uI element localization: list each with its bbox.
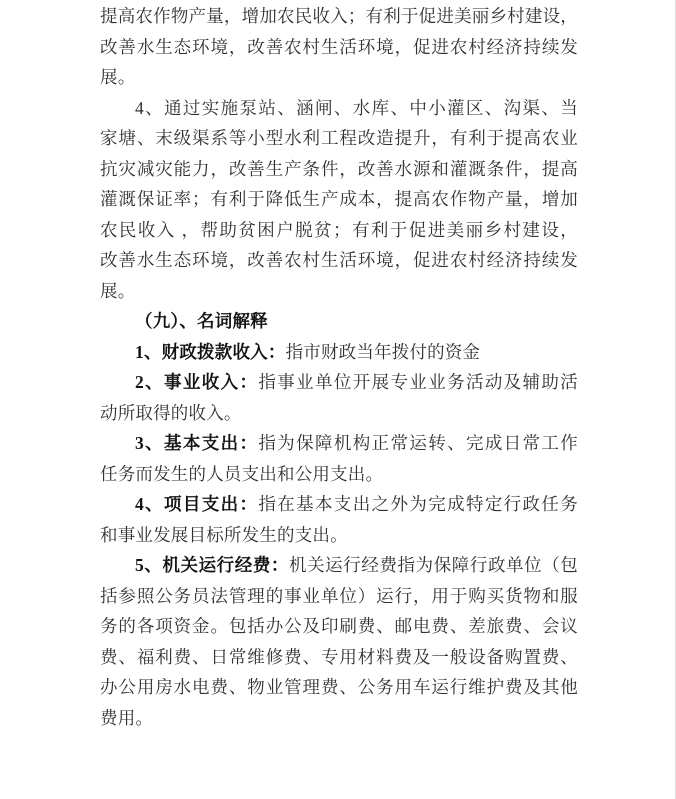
text-run: 指在基本支出之外为完成特定行政任务 [258,494,578,514]
text-run: 灌溉保证率；有利于降低生产成本，提高农作物产量，增加 [100,189,578,209]
text-run: 费、福利费、日常维修费、专用材料费及一般设备购置费、 [100,647,578,667]
text-run: 指为保障机构正常运转、完成日常工作 [258,433,578,453]
document-page: 提高农作物产量，增加农民收入；有利于促进美丽乡村建设， 改善水生态环境，改善农村… [100,1,578,733]
text-line: 展。 [100,62,578,93]
text-line: 任务而发生的人员支出和公用支出。 [100,459,578,490]
text-run: 家塘、末级渠系等小型水利工程改造提升，有利于提高农业 [100,128,578,148]
text-run: 动所取得的收入。 [100,403,242,423]
text-line: 改善水生态环境，改善农村生活环境，促进农村经济持续发 [100,245,578,276]
text-run: 改善水生态环境，改善农村生活环境，促进农村经济持续发 [100,250,578,270]
bold-run: 2、事业收入： [135,372,258,392]
text-line: 括参照公务员法管理的事业单位）运行，用于购买货物和服 [100,581,578,612]
section-heading: （九）、名词解释 [100,306,578,337]
term-definition-line: 5、机关运行经费：机关运行经费指为保障行政单位（包 [100,550,578,581]
term-definition-line: 1、财政拨款收入：指市财政当年拨付的资金 [100,337,578,368]
bold-run: （九）、名词解释 [135,311,268,331]
bold-run: 4、项目支出： [135,494,258,514]
text-run: 办公用房水电费、物业管理费、公务用车运行维护费及其他 [100,677,578,697]
text-run: 务的各项资金。包括办公及印刷费、邮电费、差旅费、会议 [100,616,578,636]
text-line: 费、福利费、日常维修费、专用材料费及一般设备购置费、 [100,642,578,673]
text-line: 展。 [100,276,578,307]
text-line: 农民收入 ，帮助贫困户脱贫；有利于促进美丽乡村建设， [100,215,578,246]
text-line: 改善水生态环境，改善农村生活环境，促进农村经济持续发 [100,32,578,63]
text-run: 展。 [100,281,135,301]
bold-run: 5、机关运行经费： [135,555,289,575]
text-run: 提高农作物产量，增加农民收入；有利于促进美丽乡村建设， [100,6,578,26]
text-run: 抗灾减灾能力，改善生产条件，改善水源和灌溉条件，提高 [100,159,578,179]
text-run: 费用。 [100,708,153,728]
term-definition-line: 4、项目支出：指在基本支出之外为完成特定行政任务 [100,489,578,520]
text-run: 4、通过实施泵站、涵闸、水库、中小灌区、沟渠、当 [135,98,578,118]
text-line: 灌溉保证率；有利于降低生产成本，提高农作物产量，增加 [100,184,578,215]
text-line: 抗灾减灾能力，改善生产条件，改善水源和灌溉条件，提高 [100,154,578,185]
text-line: 费用。 [100,703,578,734]
text-line: 家塘、末级渠系等小型水利工程改造提升，有利于提高农业 [100,123,578,154]
text-run: 任务而发生的人员支出和公用支出。 [100,464,383,484]
text-run: 展。 [100,67,135,87]
term-definition-line: 3、基本支出：指为保障机构正常运转、完成日常工作 [100,428,578,459]
text-line: 办公用房水电费、物业管理费、公务用车运行维护费及其他 [100,672,578,703]
text-run: 改善水生态环境，改善农村生活环境，促进农村经济持续发 [100,37,578,57]
bold-run: 1、财政拨款收入： [135,342,286,362]
text-line: 4、通过实施泵站、涵闸、水库、中小灌区、沟渠、当 [100,93,578,124]
text-run: 指事业单位开展专业业务活动及辅助活 [258,372,578,392]
term-definition-line: 2、事业收入：指事业单位开展专业业务活动及辅助活 [100,367,578,398]
text-line: 提高农作物产量，增加农民收入；有利于促进美丽乡村建设， [100,1,578,32]
text-line: 务的各项资金。包括办公及印刷费、邮电费、差旅费、会议 [100,611,578,642]
text-run: 括参照公务员法管理的事业单位）运行，用于购买货物和服 [100,586,578,606]
document-background: { "document": { "colors": { "background"… [0,0,676,799]
text-line: 动所取得的收入。 [100,398,578,429]
text-run: 农民收入 ，帮助贫困户脱贫；有利于促进美丽乡村建设， [100,220,578,240]
text-run: 指市财政当年拨付的资金 [286,342,481,362]
text-run: 和事业发展目标所发生的支出。 [100,525,348,545]
bold-run: 3、基本支出： [135,433,258,453]
text-run: 机关运行经费指为保障行政单位（包 [289,555,578,575]
text-line: 和事业发展目标所发生的支出。 [100,520,578,551]
